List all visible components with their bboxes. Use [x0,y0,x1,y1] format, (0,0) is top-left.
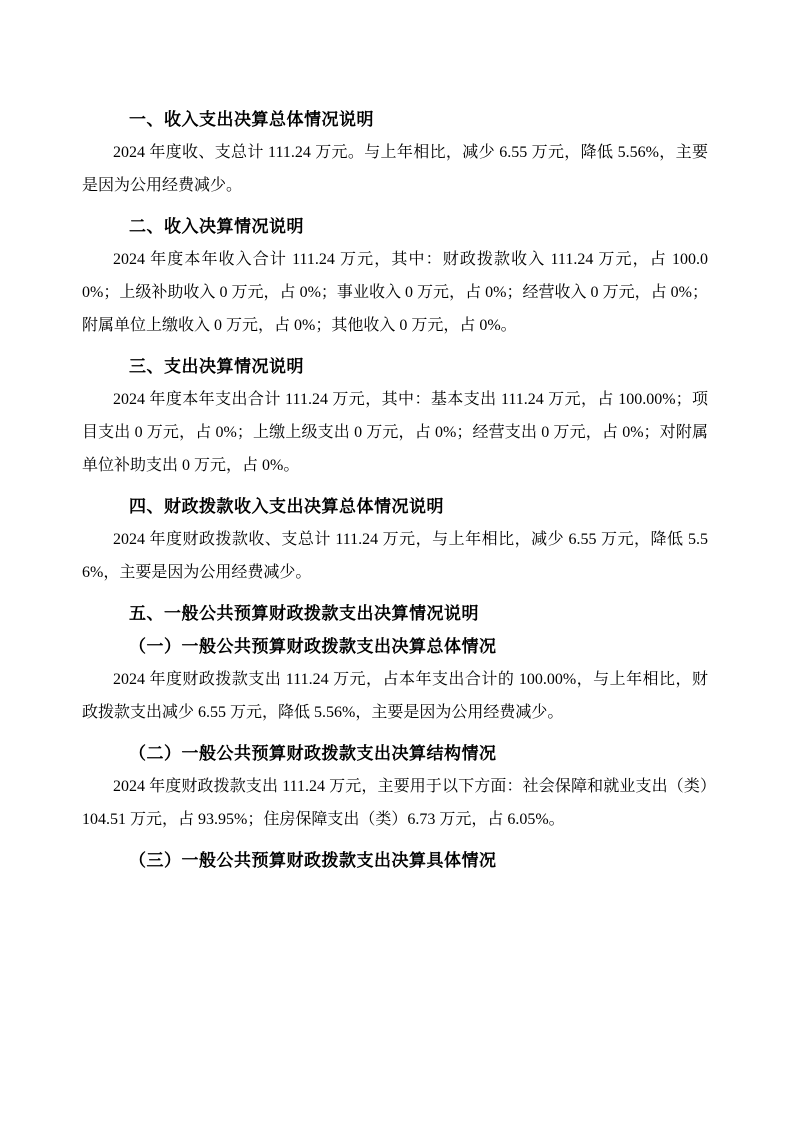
section-heading-3: 三、支出决算情况说明 [82,350,708,383]
document-page: 一、收入支出决算总体情况说明 2024 年度收、支总计 111.24 万元。与上… [0,0,793,1122]
paragraph: 2024 年度财政拨款支出 111.24 万元，主要用于以下方面：社会保障和就业… [82,770,708,836]
section-heading-1: 一、收入支出决算总体情况说明 [82,103,708,136]
section-heading-5: 五、一般公共预算财政拨款支出决算情况说明 [82,597,708,630]
paragraph: 2024 年度收、支总计 111.24 万元。与上年相比，减少 6.55 万元，… [82,136,708,202]
paragraph: 2024 年度本年支出合计 111.24 万元，其中：基本支出 111.24 万… [82,383,708,482]
paragraph: 2024 年度本年收入合计 111.24 万元，其中：财政拨款收入 111.24… [82,243,708,342]
subsection-heading-5-2: （二）一般公共预算财政拨款支出决算结构情况 [82,737,708,770]
paragraph: 2024 年度财政拨款收、支总计 111.24 万元，与上年相比，减少 6.55… [82,523,708,589]
subsection-heading-5-3: （三）一般公共预算财政拨款支出决算具体情况 [82,844,708,877]
section-heading-4: 四、财政拨款收入支出决算总体情况说明 [82,490,708,523]
paragraph: 2024 年度财政拨款支出 111.24 万元，占本年支出合计的 100.00%… [82,663,708,729]
subsection-heading-5-1: （一）一般公共预算财政拨款支出决算总体情况 [82,630,708,663]
section-heading-2: 二、收入决算情况说明 [82,210,708,243]
